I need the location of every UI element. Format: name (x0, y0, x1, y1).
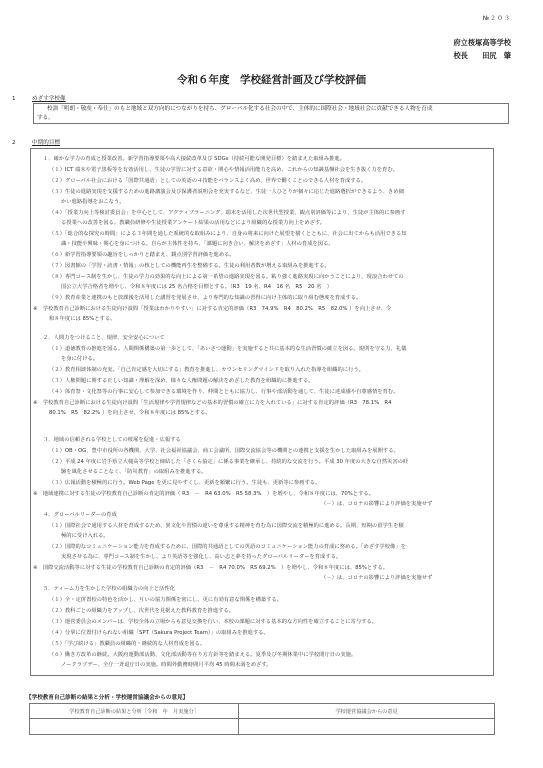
goal-line: （３）運営委員会のメンバーは、学校全体の立場からも意見交換を行い、本校の課題に対… (49, 617, 377, 625)
goal-line: （９）教育産業と連携のもと放課後を活用した講習を発展させ、より専門的な知識の習得… (49, 293, 361, 301)
goal-line: （４）分掌に位置付けられない組織「SPT（Sakura Project Team… (49, 628, 269, 636)
goal-line: （２）平成 24 年度に岩手県立大槌高等学校と締結した「さくら協定」に係る事業を… (49, 457, 408, 465)
goal-line: かい進路指導をおこなう。 (61, 197, 125, 205)
goal-line: （２）教科ごとの組織力をアップし、次世代を見据えた教科教育を推進する。 (49, 606, 234, 614)
goal-line: （６）新学習指導要領の趣旨をしっかりと踏まえ、観点別学習評価を進める。 (49, 250, 235, 258)
goal-line: ５．ティーム力を生かした学校の組織力の向上と活性化 (43, 584, 175, 592)
goal-line: （４）「授業力向上等検討委員会」を中心として、アクティブラーニング、端末を活用し… (49, 208, 406, 216)
school-vision-text-line1: 校訓「明朗・敬虔・奉仕」のもと地域と双方向的につながりを持ち、グローバル化する社… (47, 106, 432, 112)
evaluation-body-row (30, 719, 495, 735)
goal-line: ノークラブデー、全庁一斉退庁日の実施。時間外勤務時間月平均 45 時間未満をめざ… (61, 660, 272, 668)
goal-line: （５）「総合的な探究の時間」による３年間を通した系統的な取組みにより、自身の将来… (49, 229, 407, 237)
goal-line: ２．人間力をつけること、規律、安全安心について (43, 333, 165, 341)
section-2-label: 中期的目標 (32, 140, 60, 146)
goal-line: ※ 地域連携に対する生徒の学校教育自己診断の肯定的評価（ R3 － R4 63.… (33, 489, 374, 497)
self-diagnosis-cell[interactable] (30, 719, 239, 735)
goal-line: （１）OB・OG、豊中市役所の各機関、大学、社会福祉協議会、商工会議所、国際交流… (49, 446, 399, 454)
evaluation-heading: 【学校教育自己診断の結果と分析・学校運営協議会からの意見】 (26, 693, 188, 701)
goal-line: 験を風化させることなく、「防災教育」の取組みを推進する。 (61, 467, 207, 475)
goal-line: ※ 国際交流活動等に対する生徒の学校教育自己診断の肯定的評価（R3 － R4 7… (33, 563, 388, 571)
document-number: №２０３ (483, 13, 511, 22)
goal-line: （３）広報活動を積極的に行う。Web Page を更に見やすくし、更新を頻繁に行… (49, 478, 320, 486)
school-name: 府立桜塚高等学校 (453, 38, 511, 48)
goal-line: ４．グローバルリーダーの育成 (43, 510, 117, 518)
goal-line: （－）は、コロナの影響により評価を実施せず (321, 573, 432, 581)
section-1-heading: 1めざす学校像 (12, 94, 66, 102)
goal-line: 国公立大学合格者を増やし、令和８年度には 25 名合格を目標とする。（R3 19… (61, 282, 332, 290)
school-vision-text-line2: する。 (37, 115, 54, 121)
goal-line: （５）「学び続ける」教職員の組織的・継続的な人材育成を図る。 (49, 639, 205, 647)
goal-line: （２）国際的なコミュニケーション能力を育成するために、国際的共通語としての英語の… (49, 542, 406, 550)
council-opinion-cell[interactable] (239, 719, 495, 735)
goal-line: ３．地域の信頼される学校としての桜塚を促進・広報する (43, 435, 181, 443)
evaluation-header-row: 学校教育自己診断の結果と分析［令和 年 月実施分］ 学校運営協議会からの意見 (30, 704, 495, 719)
page-title: 令和６年度 学校経営計画及び学校評価 (0, 72, 543, 87)
goal-line: る授業への改善を図る。教職員研修や生徒授業アンケート結果の活用などにより組織的な… (61, 218, 325, 226)
section-2-heading: 2中期的目標 (12, 138, 60, 146)
goal-line: 実現させる為に、専門コース制を生かし、より英語等を強化し、高い志と夢を持ったグロ… (61, 552, 341, 560)
goal-line: 識・技能や興味・関心を身につける。自らが主体性を持ち、「課題に向き合い、解決をめ… (61, 239, 334, 247)
goal-line: （８）専門コース制を生かし、生徒の学力の効果的な向上による第一希望の進路実現を図… (49, 272, 404, 280)
section-2-number: 2 (12, 140, 32, 146)
section-1-label: めざす学校像 (32, 96, 66, 102)
section-1-number: 1 (12, 96, 32, 102)
goal-line: （７）図書館の「学習・読書・情報」の核としての機能再生を整備する。生徒の利用者数… (49, 261, 330, 269)
goal-line: 和８年度には 85%とする。 (49, 314, 115, 322)
goal-line: 80.1% R5 82.2% ）を向上させ、令和８年度には 85%とする。 (49, 408, 211, 416)
goal-line: ※ 学校教育自己診断における生徒向け設問「授業はわかりやすい」に対する肯定的評価… (33, 304, 391, 312)
goal-line: （２）グローバル社会における「国際共通語」としての英語の４技能をバランスよく高め… (49, 176, 366, 184)
goal-line: （３）生徒の進路実現を支援するための進路講演会及び保護者説明会を充実するなど、生… (49, 187, 404, 195)
goal-line: （１）全・定併置校の特色を活かし、互いの協力関係を密にし、更に有効有意な関係を構… (49, 595, 282, 603)
goal-line: ※ 学校教育自己診断における生徒向け設問「生活規律や学習規律などの基本的習慣の確… (33, 398, 391, 406)
evaluation-column-self-diagnosis: 学校教育自己診断の結果と分析［令和 年 月実施分］ (30, 704, 239, 719)
goal-line: （６）働き方改革の継続。大阪府運動部活動、文化部活動等在り方方針等を踏まえる。夏… (49, 650, 356, 658)
principal-name: 校長 田尻 肇 (453, 51, 511, 61)
goal-line: （－）は、コロナの影響により評価を実施せず (321, 499, 432, 507)
goal-line: を身に付ける。 (61, 354, 98, 362)
goal-line: （３）人権問題に関する正しい知識・理解を深め、様々な人権問題の解決をめざした教育… (49, 376, 314, 384)
evaluation-column-council-opinion: 学校運営協議会からの意見 (239, 704, 495, 719)
mid-term-goals-box: １．確かな学力の育成と授業改善。新学習指導要領や高大接続改革及び SDGs（持続… (30, 148, 494, 676)
goal-line: 極的に受け入れる。 (61, 531, 109, 539)
goal-line: （１）国際社会で通用する人材を育成するため、異文化や習慣の違いを尊重する精神を育… (49, 521, 404, 529)
goal-line: （１）道徳教育の推進を図る。人間関係構築の第一歩として、「あいさつ運動」を実施す… (49, 344, 406, 352)
goal-line: １．確かな学力の育成と授業改善。新学習指導要領や高大接続改革及び SDGs（持続… (43, 154, 345, 162)
goal-line: （２）教育相談体制の充実。「自己肯定感を大切にする」教育を推進し、カウンセリング… (49, 365, 364, 373)
goal-line: （１）ICT 端末や電子黒板等を有効活用し、生徒の学習に対する意欲・関心や情報活… (49, 165, 398, 173)
goal-line: （４）体育祭・文化祭等の行事に安心して参加できる環境を作り、仲間とともに協力し、… (49, 387, 399, 395)
evaluation-table: 学校教育自己診断の結果と分析［令和 年 月実施分］ 学校運営協議会からの意見 (29, 703, 495, 735)
school-vision-box: 校訓「明朗・敬虔・奉仕」のもと地域と双方向的につながりを持ち、グローバル化する社… (33, 103, 509, 124)
